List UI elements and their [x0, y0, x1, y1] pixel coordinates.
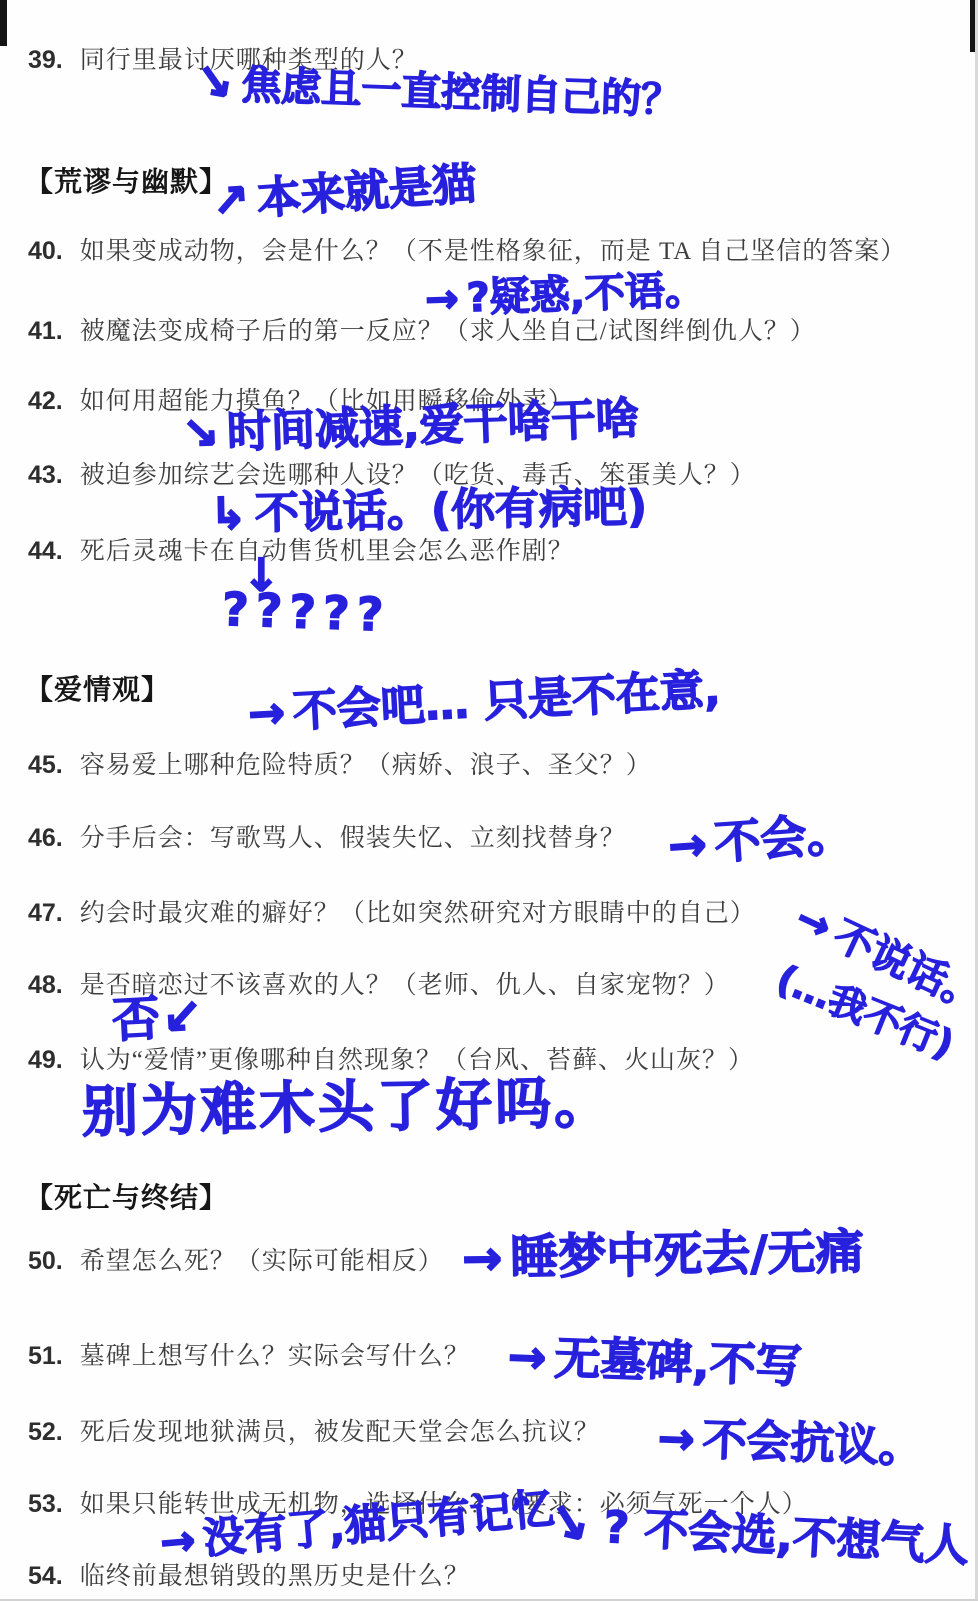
question-45: 45.容易爱上哪种危险特质？（病娇、浪子、圣父？）	[28, 745, 652, 781]
question-41: 41.被魔法变成椅子后的第一反应？（求人坐自己/试图绊倒仇人？）	[28, 311, 816, 347]
question-52: 52.死后发现地狱满员，被发配天堂会怎么抗议？	[28, 1412, 600, 1448]
handwriting-text: 不会。	[713, 806, 854, 869]
right-arrow-icon: →	[424, 276, 459, 323]
handwritten-answer-q46: →不会。	[666, 797, 855, 876]
handwriting-text: 不会吧… 只是不在意,	[292, 664, 722, 737]
question-number: 51.	[28, 1342, 63, 1370]
question-number: 50.	[28, 1247, 63, 1275]
question-51: 51.墓碑上想写什么？实际会写什么？	[28, 1336, 470, 1372]
handwriting-text: 否	[111, 991, 162, 1049]
question-number: 41.	[28, 317, 63, 345]
question-47: 47.约会时最灾难的癖好？（比如突然研究对方眼睛中的自己）	[28, 893, 756, 929]
handwritten-answer-q45: →不会吧… 只是不在意,	[246, 653, 722, 742]
handwriting-text: 不会抗议。	[702, 1415, 924, 1474]
handwriting-text: ?疑惑,不语。	[466, 267, 706, 321]
right-arrow-icon: →	[462, 1230, 503, 1287]
handwriting-text: 睡梦中死去/无痛	[510, 1224, 864, 1286]
question-text: 希望怎么死？（实际可能相反）	[80, 1248, 444, 1275]
question-number: 40.	[28, 237, 63, 265]
question-number: 45.	[28, 751, 63, 779]
question-number: 48.	[28, 971, 63, 999]
down-right-arrow-icon: ↘	[191, 52, 238, 112]
question-text: 死后灵魂卡在自动售货机里会怎么恶作剧？	[80, 538, 574, 565]
handwritten-answer-q49: 别为难木头了好吗。	[81, 1059, 613, 1148]
down-hook-arrow-icon: ↳	[210, 488, 248, 540]
question-46: 46.分手后会：写歌骂人、假装失忆、立刻找替身？	[28, 818, 626, 854]
right-arrow-icon: →	[247, 687, 286, 740]
question-text: 容易爱上哪种危险特质？（病娇、浪子、圣父？）	[80, 752, 652, 779]
question-text: 墓碑上想写什么？实际会写什么？	[80, 1343, 470, 1370]
question-number: 43.	[28, 461, 63, 489]
question-50: 50.希望怎么死？（实际可能相反）	[28, 1241, 444, 1277]
section-header-absurdity-humor: 【荒谬与幽默】	[25, 160, 228, 200]
section-header-death-ending: 【死亡与终结】	[25, 1176, 228, 1216]
question-text: 约会时最灾难的癖好？（比如突然研究对方眼睛中的自己）	[80, 900, 756, 927]
handwritten-answer-q53: ↘? 不会选,不想气人	[546, 1488, 970, 1574]
handwritten-answer-q52: →不会抗议。	[657, 1402, 924, 1475]
handwriting-text: 焦虑且一直控制自己的？	[241, 63, 682, 124]
scanned-questionnaire-page: 39.同行里最讨厌哪种类型的人？ 【荒谬与幽默】 40.如果变成动物，会是什么？…	[0, 0, 978, 1601]
right-arrow-icon: →	[657, 1413, 696, 1465]
question-40: 40.如果变成动物，会是什么？（不是性格象征，而是 TA 自己坚信的答案）	[28, 231, 906, 267]
down-left-arrow-icon: ↙	[161, 988, 204, 1046]
question-number: 47.	[28, 899, 63, 927]
down-right-arrow-icon: ↘	[181, 408, 220, 460]
handwriting-text: ? 不会选,不想气人	[602, 1502, 970, 1572]
question-text: 临终前最想销毁的黑历史是什么？	[80, 1563, 470, 1590]
handwritten-answer-q50: →睡梦中死去/无痛	[461, 1213, 864, 1289]
question-number: 39.	[28, 46, 63, 74]
question-number: 54.	[28, 1562, 63, 1590]
up-right-arrow-icon: ↗	[211, 174, 251, 227]
question-number: 44.	[28, 537, 63, 565]
handwritten-answer-q39: ↘焦虑且一直控制自己的？	[194, 52, 682, 126]
handwriting-text: 不说话。(你有病吧)	[255, 481, 648, 539]
question-text: 如果变成动物，会是什么？（不是性格象征，而是 TA 自己坚信的答案）	[80, 238, 906, 265]
handwriting-text: 时间减速,爱干啥干啥	[226, 393, 640, 458]
question-number: 49.	[28, 1046, 63, 1074]
question-text: 分手后会：写歌骂人、假装失忆、立刻找替身？	[80, 825, 626, 852]
handwritten-answer-q48: 否↙	[110, 977, 204, 1051]
handwriting-text: 本来就是猫	[255, 159, 478, 225]
question-number: 53.	[28, 1490, 63, 1518]
question-text: 死后发现地狱满员，被发配天堂会怎么抗议？	[80, 1419, 600, 1446]
handwritten-answer-q51: →无墓碑,不写	[507, 1320, 803, 1396]
handwritten-answer-q40: ↗本来就是猫	[210, 148, 479, 230]
right-arrow-icon: →	[507, 1329, 547, 1384]
question-number: 42.	[28, 387, 63, 415]
scan-edge-artifact	[0, 0, 7, 46]
question-number: 46.	[28, 824, 63, 852]
right-arrow-icon: →	[158, 1515, 197, 1567]
handwritten-answer-q43: ↳不说话。(你有病吧)	[209, 470, 647, 542]
handwriting-text: 无墓碑,不写	[553, 1331, 802, 1394]
handwritten-answer-q41: →?疑惑,不语。	[424, 258, 706, 325]
question-number: 52.	[28, 1418, 63, 1446]
right-arrow-icon: →	[666, 816, 708, 873]
section-header-love-view: 【爱情观】	[25, 668, 170, 708]
handwritten-answer-q44: ?????	[221, 582, 391, 642]
down-right-arrow-icon: ↘	[542, 1490, 596, 1556]
